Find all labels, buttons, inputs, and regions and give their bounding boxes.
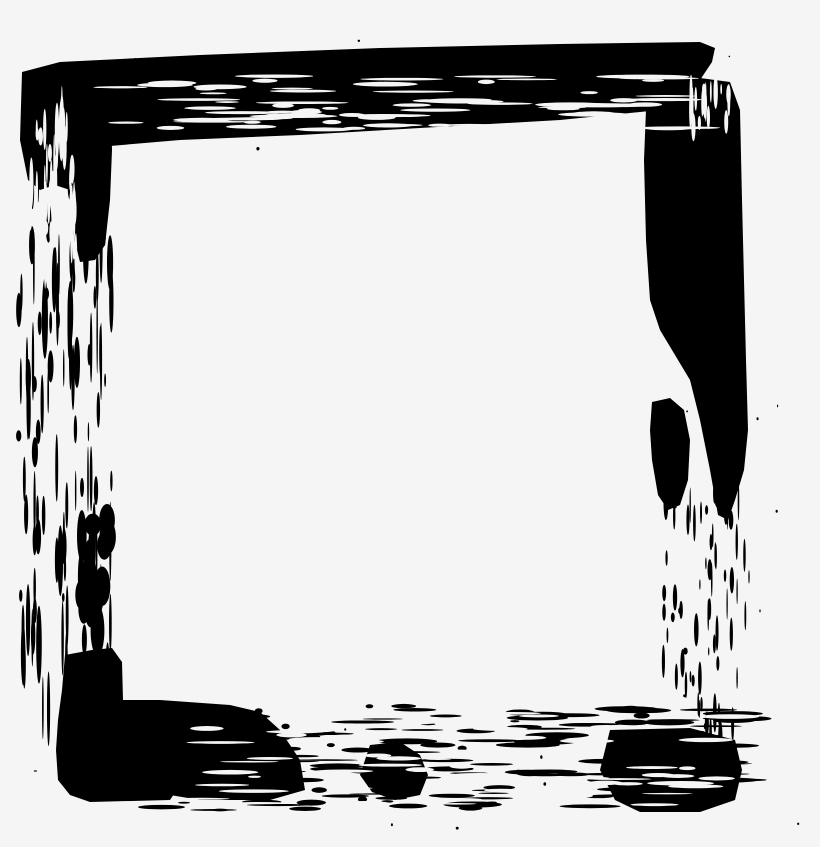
brush-frame-canvas <box>0 0 820 847</box>
